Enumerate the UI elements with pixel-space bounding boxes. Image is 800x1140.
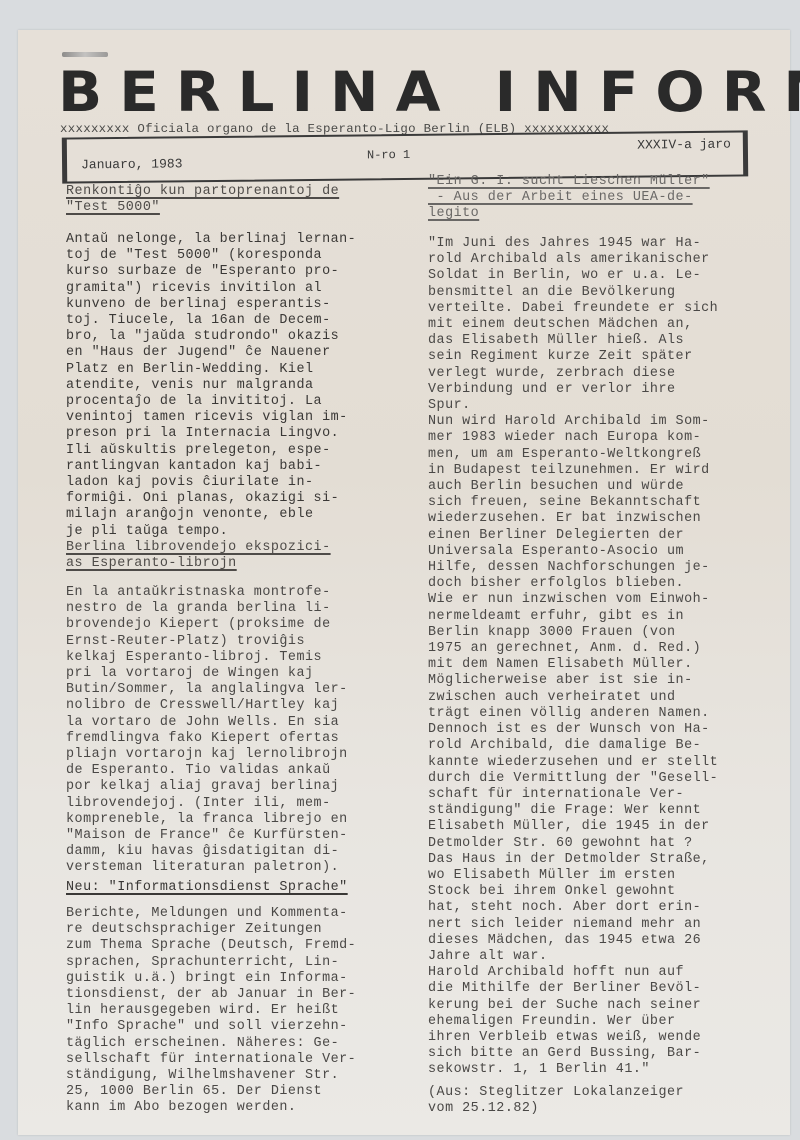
article-heading-lieschen-mueller: "Ein G. I. sucht Lieschen Müller" - Aus … <box>428 174 710 223</box>
article-body-renkontigo: Antaŭ nelonge, la berlinaj lernan- toj d… <box>66 232 356 540</box>
article-body-lieschen-mueller: "Im Juni des Jahres 1945 war Ha- rold Ar… <box>428 236 718 1079</box>
masthead-title: BERLINA INFORMILO <box>58 64 748 121</box>
article-heading-informationsdienst: Neu: "Informationsdienst Sprache" <box>66 880 348 896</box>
staple-mark <box>62 52 108 57</box>
issue-date: Januaro, 1983 <box>81 156 183 172</box>
article-source-note: (Aus: Steglitzer Lokalanzeiger vom 25.12… <box>428 1085 684 1117</box>
issue-number: N-ro 1 <box>367 148 410 162</box>
article-body-librovendejo: En la antaŭkristnaska montrofe- nestro d… <box>66 585 348 877</box>
article-body-informationsdienst: Berichte, Meldungen und Kommenta- re deu… <box>66 906 356 1117</box>
article-heading-renkontigo: Renkontiĝo kun partoprenantoj de "Test 5… <box>66 184 339 216</box>
article-heading-librovendejo: Berlina librovendejo ekspozici- as Esper… <box>66 540 331 572</box>
issue-year: XXXIV-a jaro <box>637 137 731 153</box>
